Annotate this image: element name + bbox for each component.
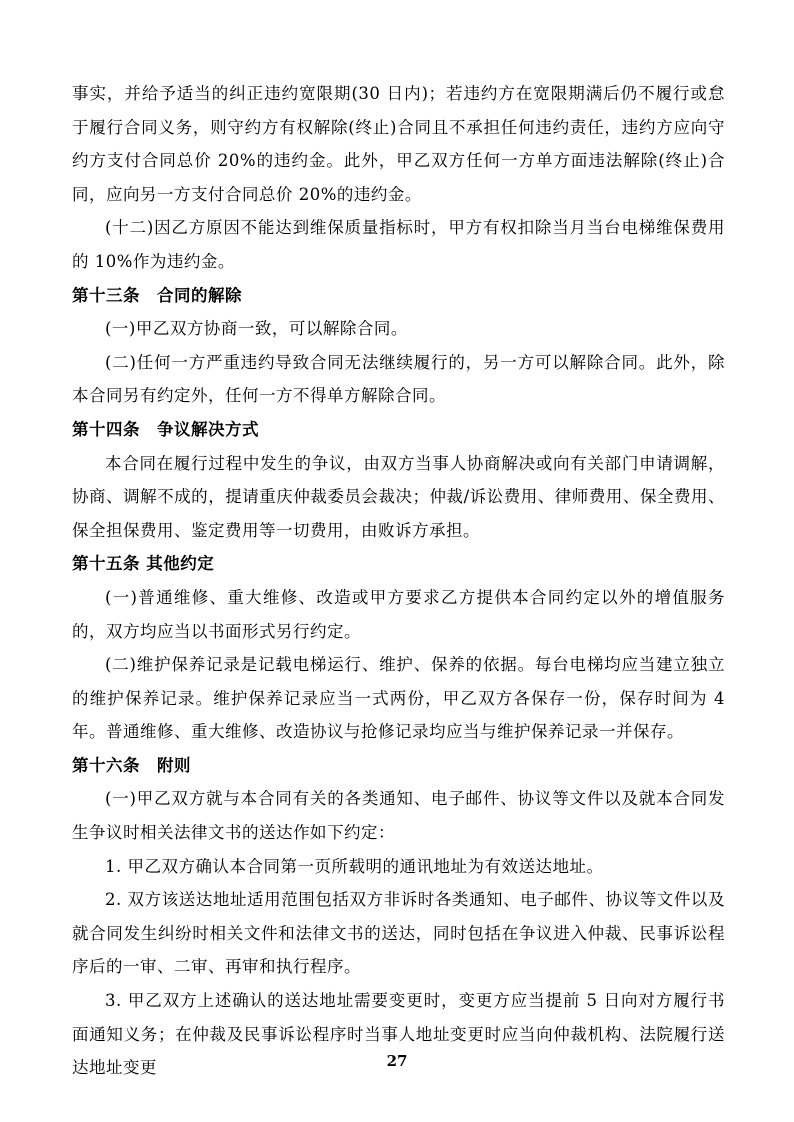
section-heading: 第十六条 附则 xyxy=(72,749,725,783)
document-page: 事实，并给予适当的纠正违约宽限期(30 日内)；若违约方在宽限期满后仍不履行或怠… xyxy=(0,0,794,1122)
paragraph: 本合同在履行过程中发生的争议，由双方当事人协商解决或向有关部门申请调解，协商、调… xyxy=(72,447,725,548)
paragraph: (二)维护保养记录是记载电梯运行、维护、保养的依据。每台电梯均应当建立独立的维护… xyxy=(72,648,725,749)
paragraph: (十二)因乙方原因不能达到维保质量指标时，甲方有权扣除当月当台电梯维保费用的 1… xyxy=(72,211,725,278)
paragraph: 2. 双方该送达地址适用范围包括双方非诉时各类通知、电子邮件、协议等文件以及就合… xyxy=(72,883,725,984)
section-heading: 第十三条 合同的解除 xyxy=(72,279,725,313)
paragraph: 事实，并给予适当的纠正违约宽限期(30 日内)；若违约方在宽限期满后仍不履行或怠… xyxy=(72,77,725,211)
section-heading: 第十五条 其他约定 xyxy=(72,547,725,581)
paragraph: (一)甲乙双方协商一致，可以解除合同。 xyxy=(72,312,725,346)
paragraph: (二)任何一方严重违约导致合同无法继续履行的，另一方可以解除合同。此外，除本合同… xyxy=(72,346,725,413)
document-body: 事实，并给予适当的纠正违约宽限期(30 日内)；若违约方在宽限期满后仍不履行或怠… xyxy=(72,77,725,1085)
paragraph: 1. 甲乙双方确认本合同第一页所载明的通讯地址为有效送达地址。 xyxy=(72,850,725,884)
paragraph: (一)甲乙双方就与本合同有关的各类通知、电子邮件、协议等文件以及就本合同发生争议… xyxy=(72,782,725,849)
section-heading: 第十四条 争议解决方式 xyxy=(72,413,725,447)
page-footer: 27 xyxy=(0,1052,794,1070)
page-number: 27 xyxy=(387,1052,408,1070)
paragraph: (一)普通维修、重大维修、改造或甲方要求乙方提供本合同约定以外的增值服务的，双方… xyxy=(72,581,725,648)
